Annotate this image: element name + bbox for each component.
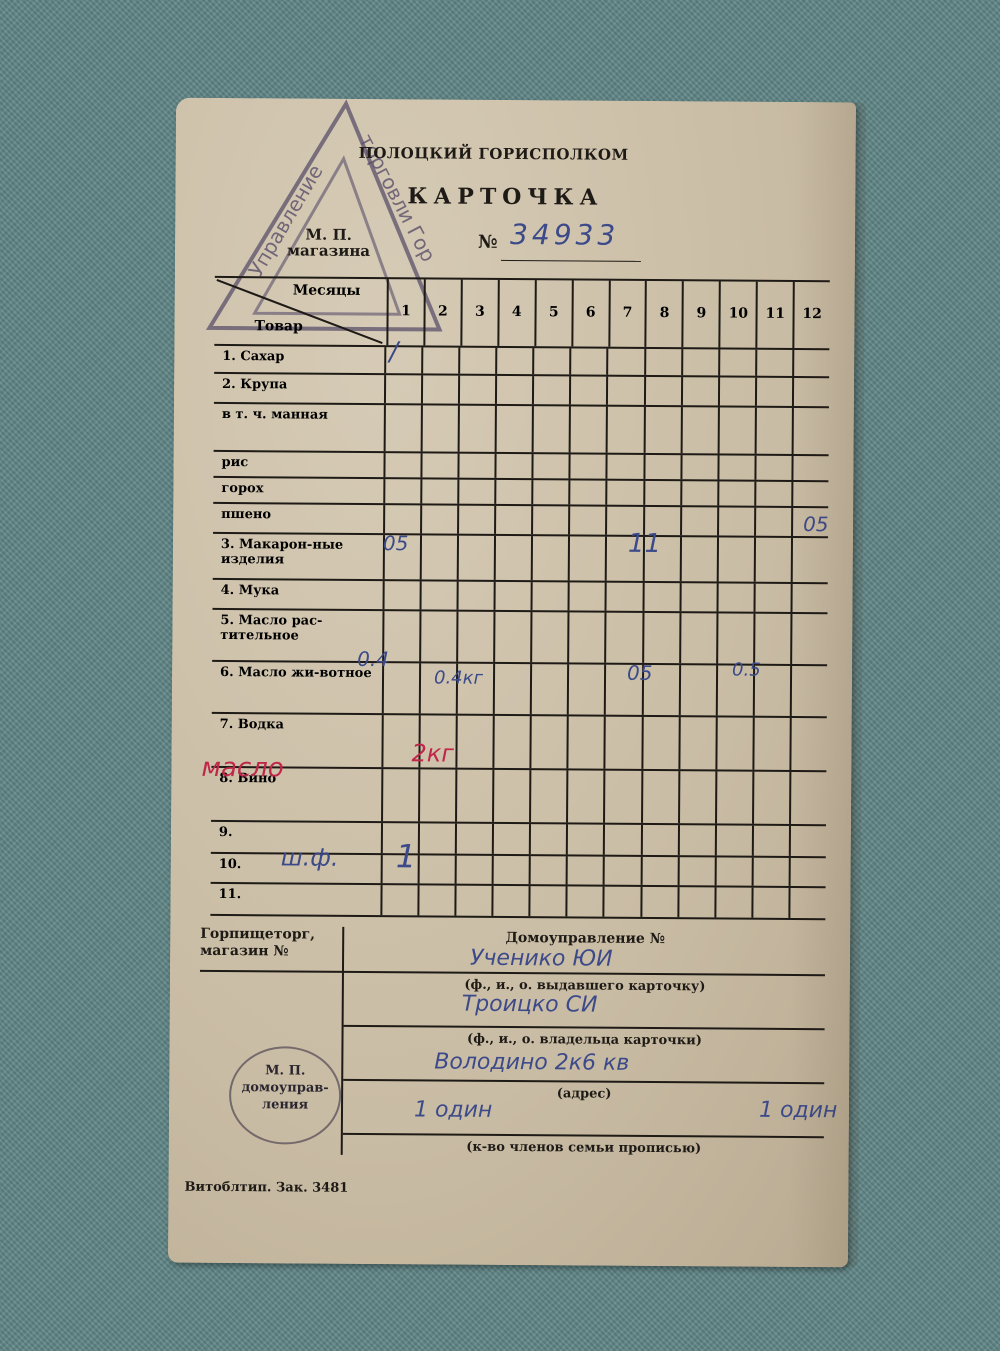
grid-cell (384, 375, 421, 403)
grid-cell (383, 453, 420, 477)
grid-cell (606, 377, 643, 405)
grid-cell (717, 507, 754, 535)
rule-3 (343, 1079, 824, 1084)
grid-cell (641, 771, 678, 823)
grid-cell (716, 583, 753, 611)
grid-cell (457, 582, 494, 610)
row-label: в т. ч. манная (214, 404, 384, 451)
grid-cell (715, 771, 752, 823)
grid-cell (607, 349, 644, 375)
grid-cell (680, 455, 717, 479)
grid-rows: 1. Сахар2. Крупав т. ч. маннаярисгорохпш… (210, 346, 829, 920)
grid-cell (532, 406, 569, 452)
grid-cell (644, 349, 681, 375)
grid-cell (494, 506, 531, 534)
butter-mark-4: 0.5 (732, 660, 761, 681)
month-10: 10 (719, 281, 756, 347)
butter-mark-2: 0.4кг (434, 667, 483, 688)
grid-cell (421, 347, 458, 373)
grid-cell (714, 857, 751, 885)
grid-cell (492, 856, 529, 884)
ration-card: Управление торговли Гор ПОЛОЦКИЙ ГОРИСПО… (168, 98, 856, 1268)
grid-cell (458, 376, 495, 404)
grid-cell (383, 581, 420, 609)
grid-header: Месяцы Товар 1 2 3 4 5 6 7 8 9 10 11 12 (214, 276, 829, 350)
grid-cell (456, 612, 493, 662)
ration-grid: Месяцы Товар 1 2 3 4 5 6 7 8 9 10 11 12 … (210, 276, 829, 920)
grid-cell (568, 506, 605, 534)
grid-row: 2. Крупа (214, 374, 829, 408)
grid-cell (677, 825, 714, 855)
row-cells (381, 855, 826, 886)
grid-cell (529, 770, 566, 822)
grid-cell (531, 536, 568, 580)
grid-cell (456, 716, 493, 768)
family-caption: (к-во членов семьи прописью) (344, 1139, 824, 1157)
seal-label-line2: магазина (287, 242, 370, 259)
grid-cell (532, 454, 569, 478)
grid-cell (606, 407, 643, 453)
grid-cell (643, 455, 680, 479)
grid-cell (530, 716, 567, 768)
grid-cell (680, 481, 717, 505)
grid-cell (755, 378, 792, 406)
address-value: Володино 2к6 кв (434, 1049, 629, 1075)
grid-cell (605, 613, 642, 663)
owner-name: Троицко СИ (462, 992, 598, 1018)
grid-cell (789, 718, 826, 770)
grid-cell (418, 769, 455, 821)
grid-cell (493, 716, 530, 768)
grid-cell (605, 583, 642, 611)
grid-cell (789, 826, 826, 856)
grid-cell (492, 770, 529, 822)
grid-cell (677, 887, 714, 917)
macaroni-mark-1: 05 (383, 531, 409, 555)
printer-imprint: Витоблтип. Зак. 3481 (184, 1180, 348, 1196)
row-cells (384, 405, 829, 454)
grid-cell (754, 482, 791, 506)
stamp-line1: М. П. (231, 1062, 339, 1080)
grid-cell (789, 772, 826, 824)
issuer-name: Ученико ЮИ (470, 946, 613, 972)
card-title: КАРТОЧКА (407, 183, 603, 210)
number-underline (501, 260, 641, 262)
grid-cell (567, 716, 604, 768)
family-count-left: 1 один (414, 1097, 493, 1123)
row-cells (383, 581, 828, 612)
grid-cell (791, 538, 828, 582)
grid-cell (603, 825, 640, 855)
grid-cell (493, 664, 530, 714)
grid-cell (455, 856, 492, 884)
grid-cell (678, 771, 715, 823)
grid-cell (754, 408, 791, 454)
grid-cell (752, 826, 789, 856)
number-label: № (478, 232, 498, 253)
grid-cell (603, 887, 640, 917)
grid-cell (495, 348, 532, 374)
grid-cell (493, 612, 530, 662)
month-6: 6 (571, 280, 608, 346)
grid-cell (457, 506, 494, 534)
grid-cell (717, 455, 754, 479)
grid-cell (420, 479, 457, 503)
grid-row: 11. (210, 884, 825, 920)
row10-handwritten: ш.ф. (281, 843, 339, 871)
grid-cell (531, 582, 568, 610)
shop-number-label: Горпищеторг, магазин № (200, 926, 340, 961)
row-cells (383, 535, 828, 582)
grid-cell (455, 770, 492, 822)
grid-cell (457, 480, 494, 504)
row-cells (380, 885, 825, 918)
month-headers: 1 2 3 4 5 6 7 8 9 10 11 12 (386, 279, 829, 348)
household-section: Горпищеторг, магазин № Домоуправление № … (199, 926, 826, 1170)
grid-row: 7. Водка (211, 714, 826, 772)
row-label: горох (213, 478, 383, 503)
issuer-heading: ПОЛОЦКИЙ ГОРИСПОЛКОМ (359, 144, 629, 164)
row-label: 3. Макарон-ные изделия (213, 534, 383, 579)
grid-cell (421, 405, 458, 451)
grid-cell (421, 375, 458, 403)
grid-cell (532, 376, 569, 404)
grid-cell (642, 613, 679, 663)
grid-cell (458, 406, 495, 452)
grid-cell (529, 824, 566, 854)
grid-cell (494, 480, 531, 504)
grid-cell (679, 537, 716, 581)
butter-mark-3: 05 (627, 661, 653, 685)
stamp-line3: ления (231, 1096, 339, 1114)
grid-cell (718, 349, 755, 375)
grid-cell (384, 405, 421, 451)
shop-seal-label: М. П. магазина (287, 226, 370, 259)
grid-cell (754, 508, 791, 536)
grid-cell (420, 535, 457, 579)
grid-cell (791, 508, 828, 536)
grid-cell (566, 770, 603, 822)
month-9: 9 (682, 281, 719, 347)
grid-cell (752, 772, 789, 824)
grid-cell (606, 455, 643, 479)
grid-cell (458, 454, 495, 478)
grid-row: 5. Масло рас-тительное (212, 610, 827, 666)
grid-cell (642, 583, 679, 611)
grid-cell (643, 377, 680, 405)
grid-cell (790, 584, 827, 612)
grid-cell (494, 582, 531, 610)
grid-cell (530, 664, 567, 714)
grid-cell (753, 614, 790, 664)
grid-cell (569, 454, 606, 478)
grid-cell (532, 480, 569, 504)
family-count-right: 1 один (759, 1098, 838, 1124)
grid-cell (532, 348, 569, 374)
goods-label: Товар (254, 318, 302, 334)
grid-cell (531, 506, 568, 534)
grid-row: пшено (213, 504, 828, 538)
grid-cell (641, 717, 678, 769)
seal-label-line1: М. П. (287, 226, 370, 243)
grid-cell (381, 769, 418, 821)
grid-row: 3. Макарон-ные изделия (213, 534, 828, 584)
grid-cell (603, 771, 640, 823)
grid-cell (529, 886, 566, 916)
row-label: пшено (213, 504, 383, 533)
row-cells (384, 375, 829, 406)
grid-cell (679, 583, 716, 611)
grid-cell (643, 407, 680, 453)
rule-4 (343, 1133, 824, 1138)
grid-cell (677, 857, 714, 885)
grid-cell (640, 825, 677, 855)
grid-cell (678, 665, 715, 715)
row-cells (383, 479, 828, 506)
grid-cell (458, 348, 495, 374)
grid-cell (569, 406, 606, 452)
grid-cell (792, 378, 829, 406)
grid-cell (421, 453, 458, 477)
grid-cell (680, 507, 717, 535)
row-cells (381, 769, 826, 824)
grid-cell (753, 538, 790, 582)
grid-cell (643, 481, 680, 505)
grid-cell (754, 456, 791, 480)
grid-cell (791, 456, 828, 480)
row8-handwritten-value: 2кг (411, 739, 454, 767)
grid-cell (492, 824, 529, 854)
grid-cell (419, 611, 456, 661)
rule-2 (344, 1025, 825, 1030)
grid-cell (714, 887, 751, 917)
grid-cell (718, 377, 755, 405)
grid-cell (640, 857, 677, 885)
row-cells (384, 347, 829, 376)
grid-cell (678, 717, 715, 769)
grid-cell (752, 718, 789, 770)
row-cells (381, 823, 826, 856)
grid-cell (492, 886, 529, 916)
house-mgmt-stamp: М. П. домоуправ- ления (229, 1046, 342, 1145)
grid-cell (792, 350, 829, 376)
stamp-line2: домоуправ- (231, 1079, 339, 1097)
grid-cell (717, 481, 754, 505)
grid-cell (751, 888, 788, 918)
month-5: 5 (534, 280, 571, 346)
grid-cell (455, 886, 492, 916)
row-label: 11. (210, 884, 380, 915)
grid-cell (530, 612, 567, 662)
grid-cell (569, 376, 606, 404)
grid-row: 4. Мука (212, 580, 827, 614)
grid-cell (568, 582, 605, 610)
month-3: 3 (460, 280, 497, 346)
row8-handwritten: масло (201, 753, 284, 784)
grid-cell (569, 480, 606, 504)
months-label: Месяцы (293, 282, 361, 298)
grid-cell (566, 824, 603, 854)
month-12: 12 (792, 282, 829, 348)
grid-cell (568, 612, 605, 662)
grid-cell (715, 717, 752, 769)
grid-row: в т. ч. манная (214, 404, 829, 456)
grid-cell (790, 666, 827, 716)
month-7: 7 (608, 281, 645, 347)
month-8: 8 (645, 281, 682, 347)
row-label: 1. Сахар (214, 346, 384, 373)
owner-caption: (ф., и., о. владельца карточки) (344, 1031, 824, 1049)
grid-cell (717, 407, 754, 453)
grid-cell (715, 825, 752, 855)
grid-cell (457, 536, 494, 580)
row-cells (383, 505, 828, 536)
grid-cell (494, 536, 531, 580)
grid-cell (716, 537, 753, 581)
grid-cell (603, 857, 640, 885)
grid-cell (455, 824, 492, 854)
house-mgmt-label: Домоуправление № (345, 929, 825, 948)
grid-cell (495, 406, 532, 452)
grid-cell (383, 479, 420, 503)
grid-cell (604, 717, 641, 769)
row-label: 2. Крупа (214, 374, 384, 403)
month-1: 1 (386, 279, 423, 345)
grid-cell (788, 858, 825, 886)
macaroni-mark-3: 05 (803, 512, 829, 536)
month-2: 2 (423, 279, 460, 345)
grid-cell (567, 664, 604, 714)
grid-cell (420, 505, 457, 533)
month-11: 11 (756, 282, 793, 348)
grid-cell (791, 482, 828, 506)
grid-row: 8. Вино (211, 768, 826, 826)
row-label: рис (213, 452, 383, 477)
grid-cell (383, 505, 420, 533)
grid-cell (788, 888, 825, 918)
grid-cell (606, 481, 643, 505)
butter-mark-1: 0.4 (357, 647, 389, 671)
grid-cell (529, 856, 566, 884)
row10-handwritten-value: 1 (396, 837, 417, 875)
grid-cell (418, 855, 455, 883)
grid-cell (420, 581, 457, 609)
sugar-mark: / (389, 337, 398, 367)
svg-text:Управление: Управление (243, 160, 327, 280)
card-number: 34933 (510, 218, 619, 252)
grid-cell (716, 613, 753, 663)
row-label: 4. Мука (213, 580, 383, 609)
grid-cell (753, 584, 790, 612)
grid-row: 1. Сахар (214, 346, 829, 378)
grid-cell (568, 536, 605, 580)
grid-cell (755, 350, 792, 376)
grid-cell (790, 614, 827, 664)
month-4: 4 (497, 280, 534, 346)
grid-cell (679, 613, 716, 663)
grid-cell (418, 823, 455, 853)
grid-cell (751, 858, 788, 886)
row-cells (382, 611, 827, 664)
grid-cell (380, 885, 417, 915)
grid-cell (566, 856, 603, 884)
grid-cell (566, 886, 603, 916)
grid-cell (495, 454, 532, 478)
grid-cell (681, 377, 718, 405)
grid-cell (570, 348, 607, 374)
grid-cell (791, 408, 828, 454)
grid-cell (417, 885, 454, 915)
grid-cell (680, 407, 717, 453)
grid-cell (681, 349, 718, 375)
macaroni-mark-2: 11 (628, 529, 661, 559)
grid-cell (495, 376, 532, 404)
row-cells (383, 453, 828, 480)
grid-cell (640, 887, 677, 917)
